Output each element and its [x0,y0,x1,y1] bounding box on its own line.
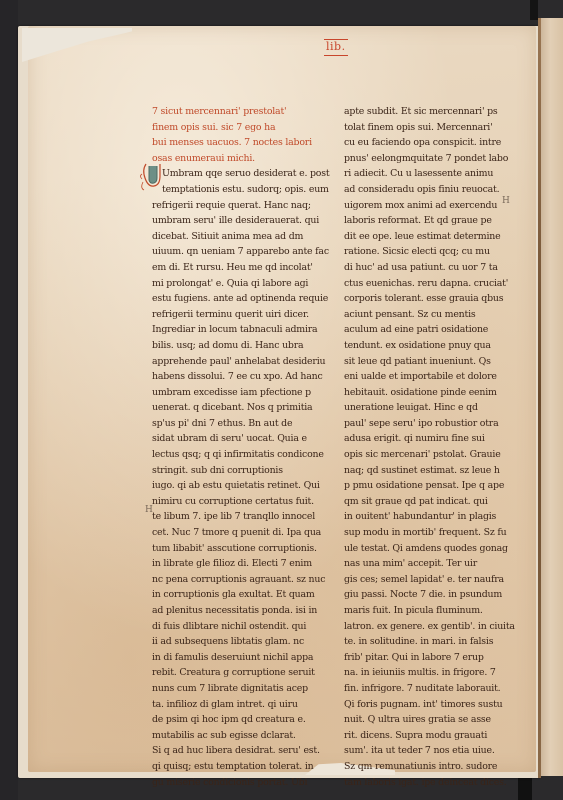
text-line: latron. ex genere. ex gentib'. in ciuita [344,619,534,635]
text-line: uenerat. q dicebant. Nos q primitia [152,400,342,416]
text-line: in librate gle filioz di. Electi 7 enim [152,556,342,572]
text-line: Umbram qqe seruo desiderat e. post [152,166,342,182]
text-line: cet. Nuc 7 tmore q puenit di. Ipa qua [152,525,342,541]
text-line: Sz qm remunatiunis intro. sudore [344,759,534,775]
text-line: tam laboris igat. ipe deinceat dices. [344,775,534,791]
text-line: rit. dicens. Supra modu grauati [344,728,534,744]
text-line: laboris reformat. Et qd graue pe [344,213,534,229]
text-line: habens dissolui. 7 ee cu xpo. Ad hanc [152,369,342,385]
text-line: ratione. Sicsic electi qcq; cu mu [344,244,534,260]
text-line: nc pena corruptionis agrauant. sz nuc [152,572,342,588]
text-line: ta. infilioz di glam intret. qi uiru [152,697,342,713]
text-line: nuns cum 7 librate dignitatis acep [152,681,342,697]
text-line: sidat ubram di seru' uocat. Quia e [152,431,342,447]
text-line: rebit. Creatura g corruptione seruit [152,665,342,681]
text-line: giu passi. Nocte 7 die. in psundum [344,587,534,603]
text-line: tolat finem opis sui. Mercennari' [344,120,534,136]
text-line: apprehende paul' anhelabat desideriu [152,354,342,370]
background-frame [0,0,18,800]
rubric-line: finem opis sui. sic 7 ego ha [152,120,342,136]
text-line: refrigerii requie querat. Hanc naq; [152,198,342,214]
text-line: in ouitent' habundantur' in plagis [344,509,534,525]
text-line: stringit. sub dni corruptionis [152,463,342,479]
text-line: pnus' eelongmquitate 7 pondet labo [344,151,534,167]
text-line: uneratione leuigat. Hinc e qd [344,400,534,416]
binding-clip [530,0,538,20]
text-line: fin. infrigore. 7 nuditate laborauit. [344,681,534,697]
margin-note-right: H [502,196,510,206]
text-line: di huc' ad usa patiunt. cu uor 7 ta [344,260,534,276]
facing-page-edge [540,18,563,776]
text-line: opis sic mercenari' pstolat. Grauie [344,447,534,463]
text-line: te libum 7. ipe lib 7 tranqllo innocel [152,509,342,525]
text-line: frib' pitar. Qui in labore 7 erup [344,650,534,666]
right-column-body: apte subdit. Et sic mercennari' pstolat … [344,104,534,790]
rubric-line: 7 sicut mercennari' prestolat' [152,104,342,120]
text-line: Ingrediar in locum tabnaculi admira [152,322,342,338]
text-line: tendunt. ex osidatione pnuy qua [344,338,534,354]
text-line: sp'us pi' dni 7 ethus. Bn aut de [152,416,342,432]
text-line: refrigerii terminu querit uiri dicer. [152,307,342,323]
text-line: ri adiecit. Cu u lasessente animu [344,166,534,182]
text-line: nas una mim' accepit. Ter uir [344,556,534,572]
text-line: qi quisq; estu temptation tolerat. in [152,759,342,775]
text-line: corporis tolerant. esse grauia qbus [344,291,534,307]
folio-heading: lib. [326,40,346,53]
text-line: eni ualde et importabile et dolore [344,369,534,385]
gutter [538,18,541,778]
text-line: lectus qsq; q qi infirmitatis condicone [152,447,342,463]
text-line: nimiru cu corruptione certatus fuit. [152,494,342,510]
text-line: Si q ad huc libera desidrat. seru' est. [152,743,342,759]
text-line: in di famulis deseruiunt nichil appa [152,650,342,666]
text-line: sum'. ita ut teder 7 nos etia uiue. [344,743,534,759]
text-line: qm sit graue qd pat indicat. qui [344,494,534,510]
text-line: maris fuit. In picula fluminum. [344,603,534,619]
text-line: gis ces; semel lapidat' e. ter naufra [344,572,534,588]
text-line: na. in ieiuniis multis. in frigore. 7 [344,665,534,681]
text-line: di fuis dlibtare nichil ostendit. qui [152,619,342,635]
text-line: umbram seru' ille desiderauerat. qui [152,213,342,229]
text-line: umbram excedisse iam pfectione p [152,385,342,401]
text-line: cu eu faciendo opa conspicit. intre [344,135,534,151]
text-line: tum libabit' asscutione corruptionis. [152,541,342,557]
text-line: sup modu in mortib' frequent. Sz fu [344,525,534,541]
text-column-right: apte subdit. Et sic mercennari' pstolat … [344,104,534,790]
text-line: ii ad subsequens libtatis glam. nc [152,634,342,650]
text-line: te. in solitudine. in mari. in falsis [344,634,534,650]
rubric-line: osas enumeraui michi. [152,151,342,167]
text-line: mi prolongat' e. Quia qi labore agi [152,276,342,292]
text-line: ule testat. Qi amdens quodes gonag [344,541,534,557]
text-line: ad plenitus necessitatis ponda. isi in [152,603,342,619]
text-line: naq; qd sustinet estimat. sz leue h [344,463,534,479]
text-line: ctus euenichas. reru dapna. cruciat' [344,276,534,292]
text-line: de psim qi hoc ipm qd creatura e. [152,712,342,728]
text-line: estu fugiens. ante ad optinenda requie [152,291,342,307]
text-line: temptationis estu. sudorq; opis. eum [152,182,342,198]
text-line: in corruptionis gla exultat. Et quam [152,587,342,603]
text-line: p pmu osidatione pensat. Ipe q ape [344,478,534,494]
text-line: iugo. qi ab estu quietatis retinet. Qui [152,478,342,494]
text-line: hebitauit. osidatione pinde eenim [344,385,534,401]
text-line: aciunt pensant. Sz cu mentis [344,307,534,323]
text-line: bilis. usq; ad domu di. Hanc ubra [152,338,342,354]
text-line: uiuum. qn ueniam 7 apparebo ante fac [152,244,342,260]
text-line: paul' sepe seru' ipo robustior otra [344,416,534,432]
text-line: gu miserie condicionis portat. Ubi [152,775,342,791]
text-line: mutabilis ac sub egisse dclarat. [152,728,342,744]
text-column-left: 7 sicut mercennari' prestolat' finem opi… [152,104,342,790]
text-line: adusa erigit. qi numiru fine sui [344,431,534,447]
text-line: dit ee ope. leue estimat determine [344,229,534,245]
text-line: Qi foris pugnam. int' timores sustu [344,697,534,713]
text-line: em di. Et rursu. Heu me qd incolat' [152,260,342,276]
text-line: apte subdit. Et sic mercennari' ps [344,104,534,120]
text-line: dicebat. Sitiuit anima mea ad dm [152,229,342,245]
left-column-body: Umbram qqe seruo desiderat e. posttempta… [152,166,342,790]
text-line: nuit. Q ultra uires gratia se asse [344,712,534,728]
rubric-line: bui menses uacuos. 7 noctes labori [152,135,342,151]
text-line: aculum ad eine patri osidatione [344,322,534,338]
margin-note-left: H [145,505,153,515]
text-line: sit leue qd patiant inueniunt. Qs [344,354,534,370]
